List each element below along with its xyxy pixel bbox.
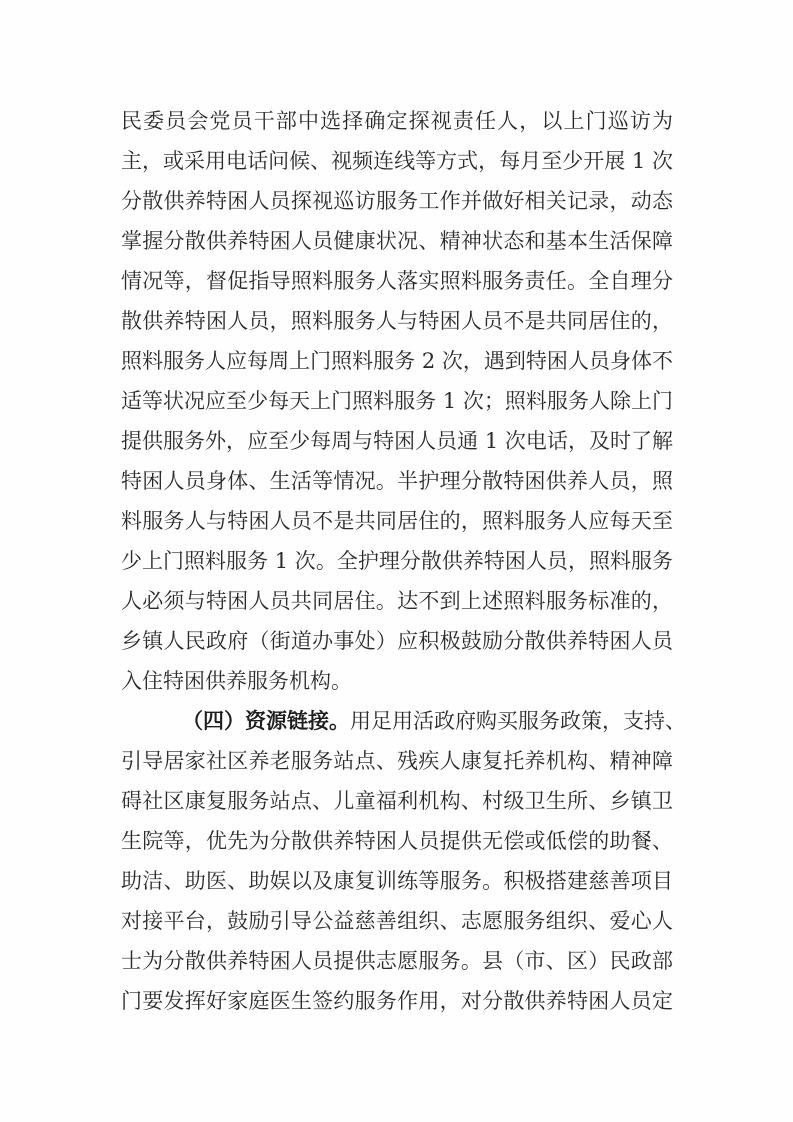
text-line: 人必须与特困人员共同居住。达不到上述照料服务标准的， (121, 581, 673, 621)
text-line: 特困人员身体、生活等情况。半护理分散特困供养人员，照 (121, 461, 673, 501)
text-line: 门要发挥好家庭医生签约服务作用，对分散供养特困人员定 (121, 981, 673, 1021)
text-line: 入住特困供养服务机构。 (121, 661, 673, 701)
text-span: 用足用活政府购买服务政策，支持、 (350, 709, 686, 733)
text-line: 士为分散供养特困人员提供志愿服务。县（市、区）民政部 (121, 941, 673, 981)
section-heading: （四）资源链接。 (182, 708, 350, 733)
text-line: 引导居家社区养老服务站点、残疾人康复托养机构、精神障 (121, 741, 673, 781)
text-line: 主，或采用电话问候、视频连线等方式，每月至少开展 1 次 (121, 141, 673, 181)
text-line: 料服务人与特困人员不是共同居住的，照料服务人应每天至 (121, 501, 673, 541)
text-line: 少上门照料服务 1 次。全护理分散供养特困人员，照料服务 (121, 541, 673, 581)
document-page: 民委员会党员干部中选择确定探视责任人，以上门巡访为 主，或采用电话问候、视频连线… (0, 0, 793, 1122)
text-line: 分散供养特困人员探视巡访服务工作并做好相关记录，动态 (121, 181, 673, 221)
text-line: 生院等，优先为分散供养特困人员提供无偿或低偿的助餐、 (121, 821, 673, 861)
text-line: 乡镇人民政府（街道办事处）应积极鼓励分散供养特困人员 (121, 621, 673, 661)
text-line: 情况等，督促指导照料服务人落实照料服务责任。全自理分 (121, 261, 673, 301)
text-line: 照料服务人应每周上门照料服务 2 次，遇到特困人员身体不 (121, 341, 673, 381)
text-line: 对接平台，鼓励引导公益慈善组织、志愿服务组织、爱心人 (121, 901, 673, 941)
text-line: 碍社区康复服务站点、儿童福利机构、村级卫生所、乡镇卫 (121, 781, 673, 821)
text-line: 掌握分散供养特困人员健康状况、精神状态和基本生活保障 (121, 221, 673, 261)
text-line: 民委员会党员干部中选择确定探视责任人，以上门巡访为 (121, 101, 673, 141)
text-line: 助洁、助医、助娱以及康复训练等服务。积极搭建慈善项目 (121, 861, 673, 901)
text-line: 适等状况应至少每天上门照料服务 1 次；照料服务人除上门 (121, 381, 673, 421)
text-line: 散供养特困人员，照料服务人与特困人员不是共同居住的， (121, 301, 673, 341)
section-heading-line: （四）资源链接。用足用活政府购买服务政策，支持、 (182, 701, 673, 741)
text-line: 提供服务外，应至少每周与特困人员通 1 次电话，及时了解 (121, 421, 673, 461)
